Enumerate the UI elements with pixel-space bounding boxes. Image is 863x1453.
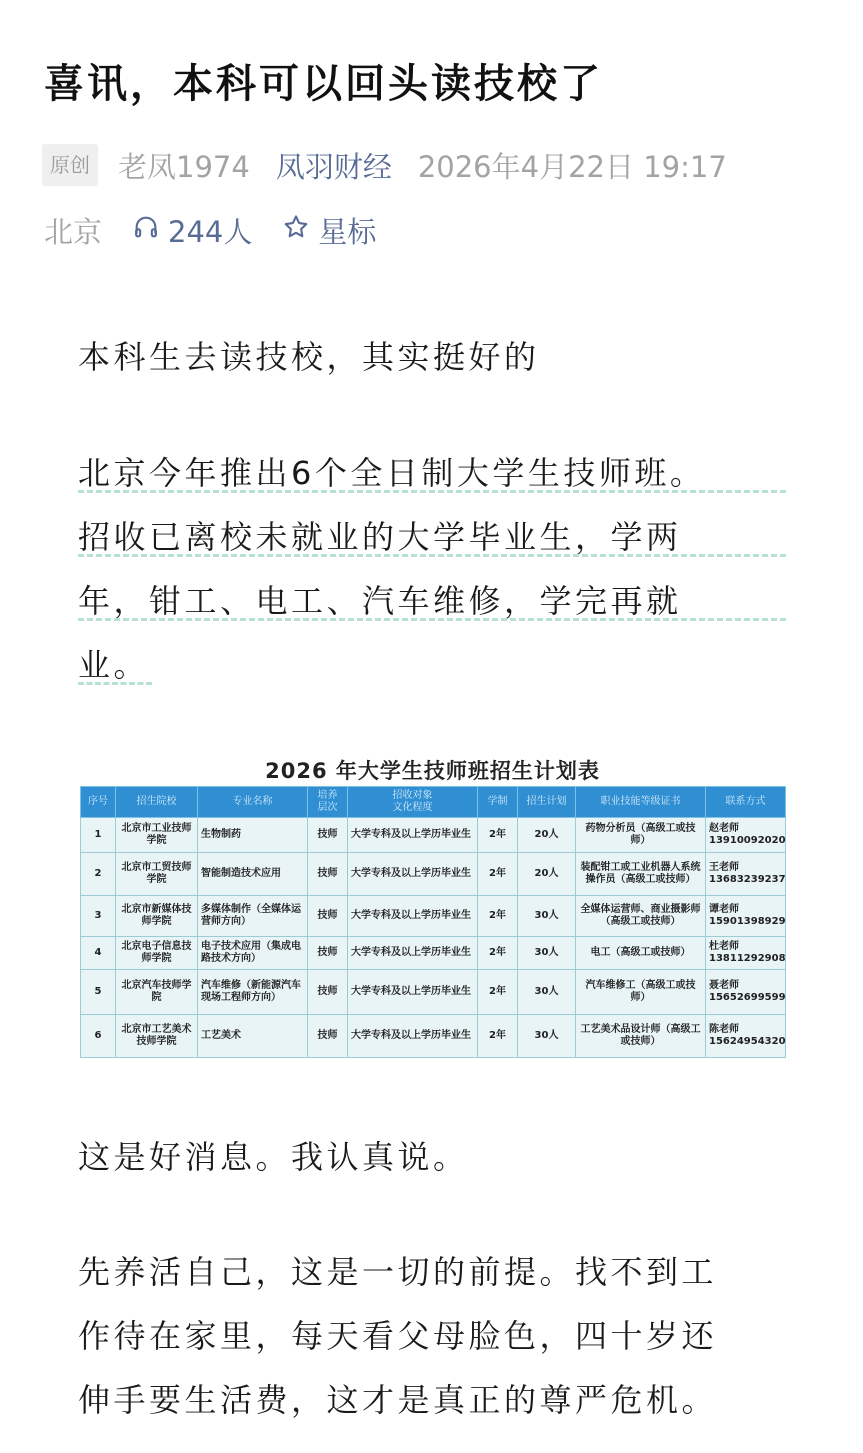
- cell-school: 北京市工艺美术技师学院: [116, 1015, 198, 1058]
- article-title: 喜讯，本科可以回头读技校了: [44, 52, 603, 109]
- header-major: 专业名称: [198, 787, 308, 818]
- cell-target: 大学专科及以上学历毕业生: [348, 896, 478, 937]
- enrollment-plan-table-image[interactable]: 2026 年大学生技师班招生计划表 序号 招生院校 专业名称 培养层次 招收对象…: [80, 756, 785, 1058]
- cell-school: 北京市工贸技师学院: [116, 853, 198, 896]
- header-target: 招收对象文化程度: [348, 787, 478, 818]
- cell-school: 北京市新媒体技师学院: [116, 896, 198, 937]
- cell-level: 技师: [308, 818, 348, 853]
- cell-target: 大学专科及以上学历毕业生: [348, 1015, 478, 1058]
- cell-no: 3: [81, 896, 116, 937]
- table-row: 5 北京汽车技师学院 汽车维修（新能源汽车现场工程师方向） 技师 大学专科及以上…: [81, 970, 786, 1015]
- cell-level: 技师: [308, 1015, 348, 1058]
- body-paragraph-4-line-3: 伸手要生活费，这才是真正的尊严危机。: [78, 1375, 717, 1421]
- cell-cert: 装配钳工或工业机器人系统操作员（高级工或技师）: [576, 853, 706, 896]
- cell-years: 2年: [478, 970, 518, 1015]
- location-label: 北京: [44, 210, 102, 251]
- cell-no: 2: [81, 853, 116, 896]
- cell-years: 2年: [478, 896, 518, 937]
- article-meta-row-2: 北京 244人 星标: [44, 208, 376, 252]
- cell-school: 北京市工业技师学院: [116, 818, 198, 853]
- cell-contact: 谭老师15901398929: [706, 896, 786, 937]
- cell-major: 电子技术应用（集成电路技术方向）: [198, 937, 308, 970]
- cell-cert: 电工（高级工或技师）: [576, 937, 706, 970]
- cell-contact: 赵老师13910092020: [706, 818, 786, 853]
- body-paragraph-1: 本科生去读技校，其实挺好的: [78, 332, 540, 378]
- cell-plan: 30人: [518, 937, 576, 970]
- cell-level: 技师: [308, 853, 348, 896]
- cell-no: 1: [81, 818, 116, 853]
- cell-no: 6: [81, 1015, 116, 1058]
- cell-level: 技师: [308, 896, 348, 937]
- listen-button[interactable]: 244人: [132, 210, 252, 251]
- cell-major: 汽车维修（新能源汽车现场工程师方向）: [198, 970, 308, 1015]
- body-paragraph-2-line-3: 年，钳工、电工、汽车维修，学完再就: [78, 576, 682, 622]
- header-contact: 联系方式: [706, 787, 786, 818]
- header-cert: 职业技能等级证书: [576, 787, 706, 818]
- star-button[interactable]: 星标: [282, 210, 376, 251]
- cell-cert: 药物分析员（高级工或技师）: [576, 818, 706, 853]
- cell-level: 技师: [308, 970, 348, 1015]
- table-title: 2026 年大学生技师班招生计划表: [80, 756, 785, 786]
- cell-major: 多媒体制作（全媒体运营师方向）: [198, 896, 308, 937]
- listener-count: 244人: [168, 210, 252, 251]
- cell-plan: 20人: [518, 853, 576, 896]
- cell-target: 大学专科及以上学历毕业生: [348, 853, 478, 896]
- cell-target: 大学专科及以上学历毕业生: [348, 937, 478, 970]
- table-row: 2 北京市工贸技师学院 智能制造技术应用 技师 大学专科及以上学历毕业生 2年 …: [81, 853, 786, 896]
- cell-years: 2年: [478, 1015, 518, 1058]
- cell-cert: 汽车维修工（高级工或技师）: [576, 970, 706, 1015]
- cell-major: 工艺美术: [198, 1015, 308, 1058]
- header-years: 学制: [478, 787, 518, 818]
- body-paragraph-3: 这是好消息。我认真说。: [78, 1132, 469, 1178]
- author-name[interactable]: 老凤1974: [118, 145, 250, 186]
- cell-plan: 20人: [518, 818, 576, 853]
- article-meta-row: 原创 老凤1974 凤羽财经 2026年4月22日 19:17: [42, 144, 727, 186]
- header-no: 序号: [81, 787, 116, 818]
- cell-no: 5: [81, 970, 116, 1015]
- star-outline-icon: [282, 213, 310, 248]
- table-row: 6 北京市工艺美术技师学院 工艺美术 技师 大学专科及以上学历毕业生 2年 30…: [81, 1015, 786, 1058]
- cell-target: 大学专科及以上学历毕业生: [348, 818, 478, 853]
- cell-plan: 30人: [518, 970, 576, 1015]
- highlight-underline: [78, 490, 786, 493]
- cell-school: 北京电子信息技师学院: [116, 937, 198, 970]
- body-paragraph-2-line-4: 业。: [78, 640, 149, 686]
- table-row: 1 北京市工业技师学院 生物制药 技师 大学专科及以上学历毕业生 2年 20人 …: [81, 818, 786, 853]
- cell-cert: 全媒体运营师、商业摄影师（高级工或技师）: [576, 896, 706, 937]
- highlight-underline: [78, 682, 152, 685]
- body-paragraph-4-line-1: 先养活自己，这是一切的前提。找不到工: [78, 1247, 717, 1293]
- cell-plan: 30人: [518, 896, 576, 937]
- cell-major: 生物制药: [198, 818, 308, 853]
- cell-cert: 工艺美术品设计师（高级工或技师）: [576, 1015, 706, 1058]
- body-paragraph-4-line-2: 作待在家里，每天看父母脸色，四十岁还: [78, 1311, 717, 1357]
- cell-contact: 杜老师13811292908: [706, 937, 786, 970]
- cell-years: 2年: [478, 853, 518, 896]
- cell-plan: 30人: [518, 1015, 576, 1058]
- cell-school: 北京汽车技师学院: [116, 970, 198, 1015]
- header-level: 培养层次: [308, 787, 348, 818]
- cell-target: 大学专科及以上学历毕业生: [348, 970, 478, 1015]
- star-label: 星标: [318, 210, 376, 251]
- body-paragraph-2-line-2: 招收已离校未就业的大学毕业生，学两: [78, 512, 682, 558]
- table-header-row: 序号 招生院校 专业名称 培养层次 招收对象文化程度 学制 招生计划 职业技能等…: [81, 787, 786, 818]
- cell-level: 技师: [308, 937, 348, 970]
- table-row: 4 北京电子信息技师学院 电子技术应用（集成电路技术方向） 技师 大学专科及以上…: [81, 937, 786, 970]
- cell-years: 2年: [478, 818, 518, 853]
- body-paragraph-2-line-1: 北京今年推出6个全日制大学生技师班。: [78, 448, 705, 494]
- cell-contact: 陈老师15624954320: [706, 1015, 786, 1058]
- enrollment-plan-table: 序号 招生院校 专业名称 培养层次 招收对象文化程度 学制 招生计划 职业技能等…: [80, 786, 786, 1058]
- headphones-icon: [132, 213, 160, 248]
- account-link[interactable]: 凤羽财经: [276, 145, 392, 186]
- table-row: 3 北京市新媒体技师学院 多媒体制作（全媒体运营师方向） 技师 大学专科及以上学…: [81, 896, 786, 937]
- cell-no: 4: [81, 937, 116, 970]
- cell-contact: 王老师13683239237: [706, 853, 786, 896]
- highlight-underline: [78, 554, 786, 557]
- cell-years: 2年: [478, 937, 518, 970]
- header-plan: 招生计划: [518, 787, 576, 818]
- publish-datetime: 2026年4月22日 19:17: [418, 145, 727, 186]
- original-badge: 原创: [42, 144, 98, 186]
- cell-contact: 聂老师15652699599: [706, 970, 786, 1015]
- highlight-underline: [78, 618, 786, 621]
- header-school: 招生院校: [116, 787, 198, 818]
- cell-major: 智能制造技术应用: [198, 853, 308, 896]
